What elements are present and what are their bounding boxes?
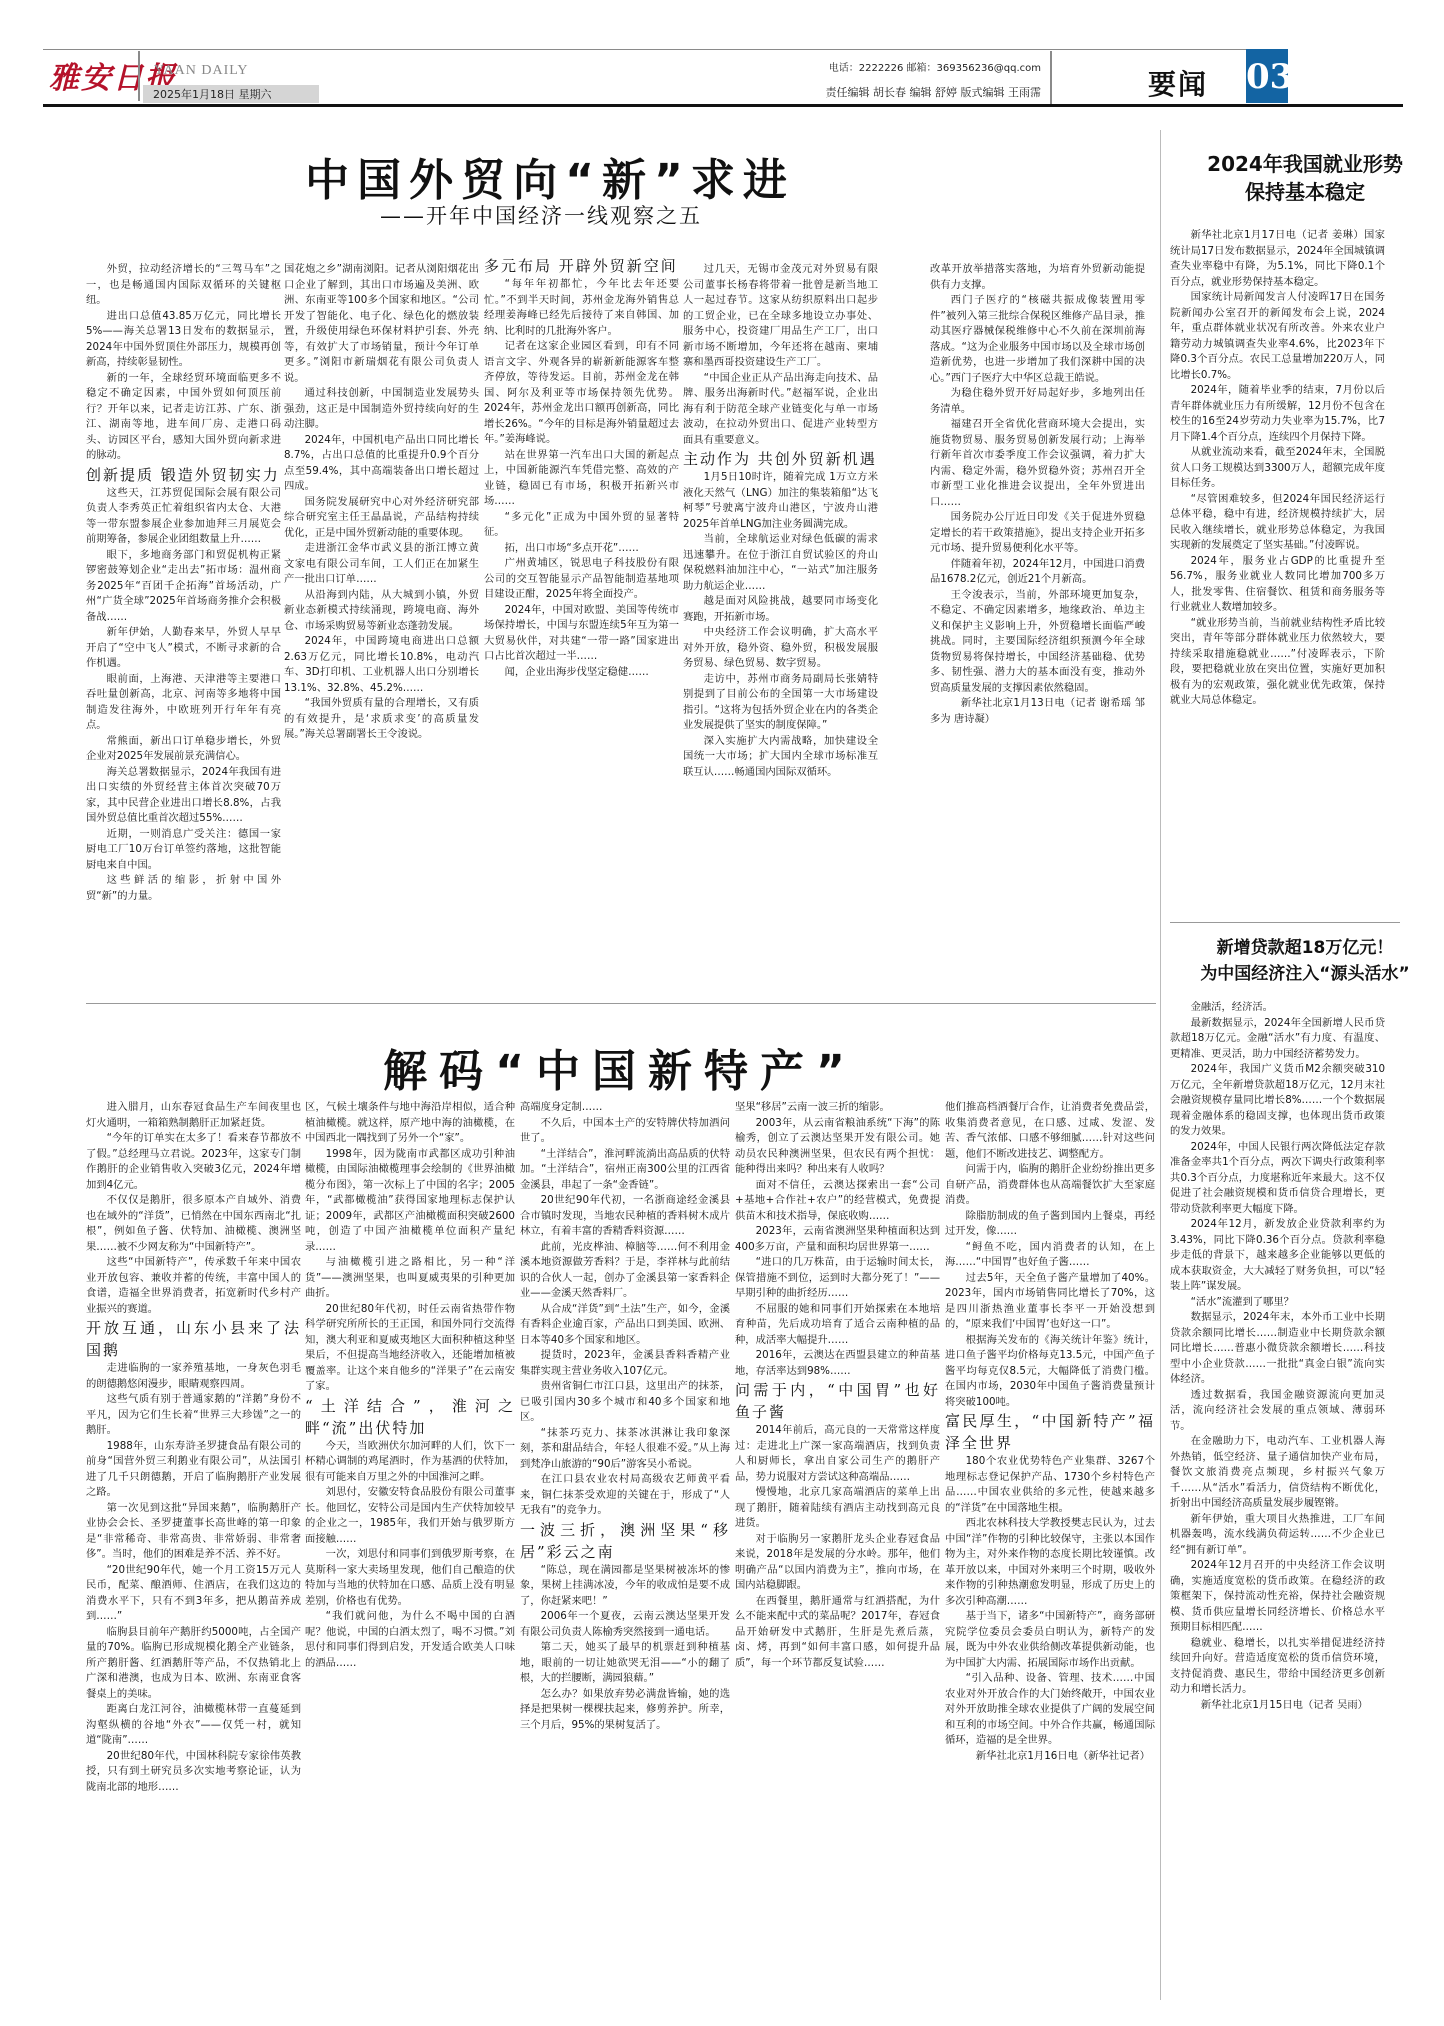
masthead-top-rule — [43, 49, 1268, 50]
dateline: 新华社北京1月15日电（记者 吴雨） — [1170, 1698, 1385, 1714]
paragraph: 在江口县农业农村局高级农艺师黄平看来，铜仁抹茶受欢迎的关键在于，形成了“人无我有… — [520, 1472, 730, 1519]
paragraph: 不屈服的她和同事们开始探索在本地培育种苗，先后成功培育了适合云南种植的品种，成活… — [735, 1302, 940, 1349]
section-title: 要闻 — [1148, 63, 1208, 103]
paragraph: 从合成“洋货”到“土法”生产，如今，金溪有香料企业逾百家，产品出口到美国、欧洲、… — [520, 1302, 730, 1349]
paragraph: 此前，光皮桦油、樟脑等……何不利用金溪本地资源做芳香料？于是，李祥林与此前结识的… — [520, 1240, 730, 1302]
paragraph: 贵州省铜仁市江口县，这里出产的抹茶，已吸引国内30多个城市和40多个国家和地区。 — [520, 1379, 730, 1426]
paragraph: 2024年12月召开的中央经济工作会议明确，实施适度宽松的货币政策。在稳经济的政… — [1170, 1558, 1385, 1636]
paragraph: 走进浙江金华市武义县的浙江博立黄文家电有限公司车间，工人们正在加紧生产一批出口订… — [284, 541, 479, 588]
paragraph: 除脂肪制成的鱼子酱到国内上餐桌，再经过开发，像…… — [945, 1209, 1155, 1240]
paragraph: 海关总署数据显示，2024年我国有进出口实绩的外贸经营主体首次突破70万家，其中… — [86, 765, 281, 827]
paragraph: “中国企业正从产品出海走向技术、品牌、服务出海新时代。”赵福军说，企业出海有利于… — [683, 371, 878, 449]
paragraph: “尽管困难较多，但2024年国民经济运行总体平稳，稳中有进，经济规模持续扩大，居… — [1170, 492, 1385, 554]
paragraph: 从就业流动来看，截至2024年末，全国脱贫人口务工规模达到3300万人，超额完成… — [1170, 445, 1385, 492]
paragraph: 中央经济工作会议明确，扩大高水平对外开放，稳外资、稳外贸，积极发展服务贸易、绿色… — [683, 625, 878, 672]
paragraph: 20世纪80年代初，时任云南省热带作物科学研究所所长的王正国，和国外同行交流得知… — [305, 1302, 515, 1395]
paragraph: 提货时，2023年，金溪县香料香精产业集群实现主营业务收入107亿元。 — [520, 1348, 730, 1379]
paragraph: 一次，刘思付和同事们到俄罗斯考察，在莫斯科一家大卖场里发现，他们自己酿造的伏特加… — [305, 1547, 515, 1609]
paragraph: 西门子医疗的“核磁共振成像装置用零件”被列入第三批综合保税区维修产品目录，推动其… — [930, 293, 1145, 386]
article2-column-5: 他们推高档酒餐厅合作，让消费者免费品尝，收集消费者意见，在口感、过咸、发涩、发苦… — [945, 1100, 1155, 2010]
paragraph: 基于当下，诸多“中国新特产”，商务部研究院学位委员会委员白明认为，新特产的发展，… — [945, 1609, 1155, 1671]
paragraph: 西北农林科技大学教授樊志民认为，过去中国“洋”作物的引种比较保守，主张以本国作物… — [945, 1516, 1155, 1609]
issue-date: 2025年1月18日 星期六 — [153, 86, 272, 102]
article1-column-4: 过几天，无锡市金茂元对外贸易有限公司董事长杨春将带着一批曾是新当地工人一起过春节… — [683, 262, 878, 997]
article2-headline: 解码“中国新特产” — [320, 1035, 920, 1099]
paragraph: 走访中，苏州市商务局副局长张婧特别提到了目前公布的全国第一大市场建设指引。“这将… — [683, 672, 878, 734]
article-divider — [86, 1003, 1156, 1004]
paragraph: “每年年初都忙，今年比去年还要忙。”不到半天时间，苏州金龙海外销售总经理姜海峰已… — [484, 277, 679, 339]
paragraph: 第二天，她买了最早的机票赶到种植基地，眼前的一切让她欲哭无泪——“小的翻了根，大… — [520, 1640, 730, 1687]
section-subtitle: “土洋结合”，淮河之畔“流”出伏特加 — [305, 1395, 515, 1439]
paragraph: 2024年12月，新发放企业贷款利率约为3.43%，同比下降0.36个百分点。贷… — [1170, 1217, 1385, 1295]
paragraph: “进口的几万株苗，由于运输时间太长，保管措施不到位，运到时大都分死了！”——早期… — [735, 1255, 940, 1302]
paragraph: 1月5日10时许，随着完成 1万立方米液化天然气（LNG）加注的集装箱船“达飞柯… — [683, 470, 878, 532]
paragraph: 2024年，我国广义货币M2余额突破310万亿元，全年新增贷款超18万亿元，12… — [1170, 1062, 1385, 1140]
paragraph: 第一次见到这批“异国来鹅”，临朐鹅肝产业协会会长、圣罗捷董事长高世峰的第一印象是… — [86, 1501, 301, 1563]
paragraph: 20世纪90年代初，一名浙商途经金溪县合市镇时发现，当地农民种植的香料树木成片林… — [520, 1193, 730, 1240]
paragraph: “引入品种、设备、管理、技术……中国农业对外开放合作的大门始终敞开，中国农业对外… — [945, 1671, 1155, 1749]
paragraph: 近期，一则消息广受关注：德国一家厨电工厂10万台订单签约落地，这批智能厨电来自中… — [86, 827, 281, 874]
page-number-badge: 03 — [1246, 49, 1288, 103]
dateline: 新华社北京1月16日电（新华社记者） — [945, 1749, 1155, 1765]
paragraph: “我们就问他，为什么不喝中国的白酒呢？他说，中国的白酒太烈了，喝不习惯。”刘思付… — [305, 1609, 515, 1671]
paragraph: 改革开放举措落实落地，为培育外贸新动能提供有力支撑。 — [930, 262, 1145, 293]
article2-column-4: 坚果“移居”云南一波三折的缩影。 2003年，从云南省粮油系统“下海”的陈榆秀，… — [735, 1100, 940, 2010]
paragraph: “土洋结合”，淮河畔流淌出高品质的伏特加。“土洋结合”，宿州正南300公里的江西… — [520, 1147, 730, 1194]
paragraph: 为稳住稳外贸开好局起好步，多地列出任务清单。 — [930, 386, 1145, 417]
paragraph: 国家统计局新闻发言人付凌晖17日在国务院新闻办公室召开的新闻发布会上说，2024… — [1170, 290, 1385, 383]
section-subtitle: 创新提质 锻造外贸韧实力 — [86, 464, 281, 486]
paragraph: 眼前面，上海港、天津港等主要港口吞吐量创新高，北京、河南等多地将中国制造发往海外… — [86, 672, 281, 734]
paragraph: 国务院办公厅近日印发《关于促进外贸稳定增长的若干政策措施》，提出支持企业开拓多元… — [930, 510, 1145, 557]
paragraph: 坚果“移居”云南一波三折的缩影。 — [735, 1100, 940, 1116]
paragraph: 高端度身定制…… — [520, 1100, 730, 1116]
paragraph: 怎么办？如果放弃势必满盘皆输，她的选择是把果树一棵棵扶起来，修剪养护。所幸，三个… — [520, 1687, 730, 1734]
paragraph: 这些天，江苏贸促国际会展有限公司负责人李秀英正忙着组织省内太仓、大港等一带东盟参… — [86, 486, 281, 548]
paragraph: 2024年，中国机电产品出口同比增长8.7%，占出口总值的比重提升0.9个百分点… — [284, 433, 479, 495]
section-subtitle: 多元布局 开辟外贸新空间 — [484, 255, 679, 277]
article1-subhead: ——开年中国经济一线观察之五 — [380, 200, 880, 230]
paragraph: 这些气质有别于普通家鹅的“洋鹅”身份不平凡，因为它们生长着“世界三大珍馐”之一的… — [86, 1392, 301, 1439]
sidebar-divider — [1160, 130, 1161, 2000]
paragraph: “就业形势当前，当前就业结构性矛盾比较突出，青年等部分群体就业压力依然较大，要持… — [1170, 616, 1385, 709]
paragraph: 新的一年，全球经贸环境面临更多不稳定不确定因素，中国外贸如何顶压前行？开年以来，… — [86, 371, 281, 464]
paragraph: 2024年，中国对欧盟、美国等传统市场保持增长，中国与东盟连续5年互为第一大贸易… — [484, 603, 679, 665]
article1-column-3: 多元布局 开辟外贸新空间 “每年年初都忙，今年比去年还要忙。”不到半天时间，苏州… — [484, 255, 679, 997]
paragraph: 不仅仅是鹅肝，很多原本产自域外、消费也在域外的“洋货”，已悄然在中国东西南北“扎… — [86, 1193, 301, 1255]
paragraph: 通过科技创新，中国制造业发展势头强劲，这正是中国制造外贸持续向好的生动注脚。 — [284, 386, 479, 433]
paragraph: 刘思付，安徽安特食品股份有限公司董事长。他回忆，安特公司是国内生产伏特加较早的企… — [305, 1485, 515, 1547]
editors-credit: 责任编辑 胡长春 编辑 舒婷 版式编辑 王雨霈 — [751, 84, 1041, 100]
paragraph: “抹茶巧克力、抹茶冰淇淋让我印象深刻，茶和甜品结合，年轻人很难不爱。”从上海到梵… — [520, 1426, 730, 1473]
paragraph: 临朐县目前年产鹅肝约5000吨，占全国产量的70%。临朐已形成规模化鹅全产业链条… — [86, 1625, 301, 1703]
section-subtitle: 主动作为 共创外贸新机遇 — [683, 448, 878, 470]
paragraph: 新华社北京1月17日电（记者 姜琳）国家统计局17日发布数据显示，2024年全国… — [1170, 228, 1385, 290]
masthead-divider — [1050, 51, 1052, 107]
sidebar1-headline: 2024年我国就业形势 保持基本稳定 — [1170, 150, 1440, 206]
paragraph: 区，气候土壤条件与地中海沿岸相似，适合种植油橄榄。就这样，原产地中海的油橄榄，在… — [305, 1100, 515, 1147]
sidebar2-body: 金融活，经济活。 最新数据显示，2024年全国新增人民币贷款超18万亿元。金融“… — [1170, 1000, 1385, 2000]
paragraph: 根据海关发布的《海关统计年鉴》统计，进口鱼子酱平均价格每克13.5元，中国产鱼子… — [945, 1333, 1155, 1411]
masthead: 雅安日报 YAAN DAILY 2025年1月18日 星期六 电话：222222… — [43, 49, 1403, 117]
paragraph: “活水”流灌到了哪里？ — [1170, 1295, 1385, 1311]
dateline: 新华社北京1月13日电（记者 谢希瑶 邹多为 唐诗凝） — [930, 696, 1145, 727]
sidebar1-body: 新华社北京1月17日电（记者 姜琳）国家统计局17日发布数据显示，2024年全国… — [1170, 228, 1385, 918]
section-subtitle: 富民厚生，“中国新特产”福泽全世界 — [945, 1410, 1155, 1454]
paragraph: 2014年前后，高元良的一天常常这样度过：走进北上广深一家高端酒店，找到负责人和… — [735, 1423, 940, 1485]
paragraph: 2024年，中国跨境电商进出口总额2.63万亿元，同比增长10.8%，电动汽车、… — [284, 634, 479, 696]
paragraph: 面对不信任，云澳达探索出一套“公司+基地+合作社+农户”的经营模式，免费提供苗木… — [735, 1178, 940, 1225]
english-name: YAAN DAILY — [154, 63, 249, 79]
paragraph: “鲟鱼不吃，国内消费者的认知，在上海……“中国胃”也好鱼子酱…… — [945, 1240, 1155, 1271]
sidebar-divider-horizontal — [1170, 922, 1400, 923]
paragraph: 这些“中国新特产”，传承数千年来中国农业开放包容、兼收并蓄的传统，丰富中国人的食… — [86, 1255, 301, 1317]
sidebar2-headline: 新增贷款超18万亿元！ 为中国经济注入“源头活水” — [1170, 935, 1440, 987]
paragraph: 拓，出口市场“多点开花”…… — [484, 541, 679, 557]
paragraph: 问需于内，临朐的鹅肝企业纷纷推出更多自研产品，消费群体也从高端餐饮扩大至家庭消费… — [945, 1162, 1155, 1209]
paragraph: 深入实施扩大内需战略，加快建设全国统一大市场；扩大国内全球市场标准互联互认……畅… — [683, 734, 878, 781]
paragraph: 20世纪80年代，中国林科院专家徐伟英教授，只有到土研究员多次实地考察论证，认为… — [86, 1749, 301, 1796]
paragraph: 这些鲜活的缩影，折射中国外贸“新”的力量。 — [86, 873, 281, 904]
article2-column-1: 进入腊月，山东春冠食品生产车间夜里也灯火通明，一箱箱熟制鹅肝正加紧赶货。 “今年… — [86, 1100, 301, 2010]
paragraph: 王令浚表示，当前，外部环境更加复杂，不稳定、不确定因素增多，地缘政治、单边主义和… — [930, 588, 1145, 697]
paragraph: “陈总，现在满园都是坚果树被冻坏的惨象，果树上挂满冰凌，今年的收成怕是要不成了，… — [520, 1563, 730, 1610]
logo-divider — [138, 51, 140, 101]
paragraph: 2024年，随着毕业季的结束，7月份以后青年群体就业压力有所缓解，12月份不包含… — [1170, 383, 1385, 445]
paragraph: 过去5年，天全鱼子酱产量增加了40%。2023年，国内市场销售同比增长了70%，… — [945, 1271, 1155, 1333]
paragraph: 走进临朐的一家养殖基地，一身灰色羽毛的朗德鹅悠闲漫步，眼睛观察四周。 — [86, 1361, 301, 1392]
paragraph: 距离白龙江河谷，油橄榄林带一直蔓延到沟壑纵横的谷地“外衣”——仅凭一村，就知道“… — [86, 1702, 301, 1749]
section-subtitle: 问需于内，“中国胃”也好鱼子酱 — [735, 1379, 940, 1423]
paragraph: 记者在这家企业园区看到，印有不同语言文字、外观各异的崭新新能源客车整齐停放，等待… — [484, 339, 679, 448]
paragraph: 当前，全球航运业对绿色低碳的需求迅速攀升。在位于浙江自贸试验区的舟山保税燃料油加… — [683, 532, 878, 594]
paragraph: 2006年一个夏夜，云南云澳达坚果开发有限公司负责人陈榆秀突然接到一通电话。 — [520, 1609, 730, 1640]
paragraph: 外贸，拉动经济增长的“三驾马车”之一，也是畅通国内国际双循环的关键枢纽。 — [86, 262, 281, 309]
paragraph: 新年伊始，重大项目火热推进，工厂车间机器轰鸣，流水线满负荷运转……不少企业已经“… — [1170, 1512, 1385, 1559]
paragraph: 稳就业、稳增长，以扎实举措促进经济持续回升向好。营造适度宽松的货币信贷环境，支持… — [1170, 1636, 1385, 1698]
paragraph: 180个农业优势特色产业集群、3267个地理标志登记保护产品、1730个乡村特色… — [945, 1454, 1155, 1516]
paragraph: 伴随着年初，2024年12月，中国进口消费品1678.2亿元，创近21个月新高。 — [930, 557, 1145, 588]
article1-column-5: 改革开放举措落实落地，为培育外贸新动能提供有力支撑。 西门子医疗的“核磁共振成像… — [930, 262, 1145, 992]
contact-info: 电话：2222226 邮箱：369356236@qq.com — [811, 59, 1041, 74]
paragraph: 最新数据显示，2024年全国新增人民币贷款超18万亿元。金融“活水”有力度、有温… — [1170, 1016, 1385, 1063]
paragraph: “我国外贸质有量的合理增长，又有质的有效提升，是‘求质求变’的高质量发展。”海关… — [284, 696, 479, 743]
article1-column-2: 国花炮之乡”湖南浏阳。记者从浏阳烟花出口企业了解到，其出口市场遍及美洲、欧洲、东… — [284, 262, 479, 997]
paragraph: “20世纪90年代，她一个月工资15万元人民币，配菜、酿酒师、住酒店，在我们这边… — [86, 1563, 301, 1625]
paragraph: 不久后，中国本土产的安特牌伏特加酒问世了。 — [520, 1116, 730, 1147]
paragraph: 1988年，山东寿浒圣罗捷食品有限公司的前身“国营外贸三利鹅业有限公司”，从法国… — [86, 1439, 301, 1501]
paragraph: 2003年，从云南省粮油系统“下海”的陈榆秀，创立了云澳达坚果开发有限公司。她动… — [735, 1116, 940, 1178]
paragraph: 2023年，云南省澳洲坚果种植面积达到400多万亩，产量和面积均居世界第一…… — [735, 1224, 940, 1255]
paragraph: 1998年，因为陇南市武都区成功引种油橄榄，由国际油橄榄理事会绘制的《世界油橄榄… — [305, 1147, 515, 1256]
masthead-bottom-rule — [43, 104, 1403, 107]
paragraph: 在金融助力下，电动汽车、工业机器人海外热销，低空经济、量子通信加快产业布局，餐饮… — [1170, 1434, 1385, 1512]
paragraph: 眼下，多地商务部门和贸促机构正紧锣密鼓筹划企业“走出去”拓市场：温州商务2025… — [86, 548, 281, 626]
paragraph: 2024年，服务业占GDP的比重提升至56.7%，服务业就业人数同比增加700多… — [1170, 554, 1385, 616]
paragraph: 闻，企业出海步伐坚定稳健…… — [484, 665, 679, 681]
article1-headline: 中国外贸向“新”求进 — [220, 144, 880, 208]
article2-column-3: 高端度身定制…… 不久后，中国本土产的安特牌伏特加酒问世了。 “土洋结合”，淮河… — [520, 1100, 730, 2010]
paragraph: 国花炮之乡”湖南浏阳。记者从浏阳烟花出口企业了解到，其出口市场遍及美洲、欧洲、东… — [284, 262, 479, 386]
paragraph: 越是面对风险挑战，越要同市场变化赛跑，开拓新市场。 — [683, 594, 878, 625]
paragraph: 2024年，中国人民银行两次降低法定存款准备金率共1个百分点，两次下调央行政策利… — [1170, 1140, 1385, 1218]
article1-column-1: 外贸，拉动经济增长的“三驾马车”之一，也是畅通国内国际双循环的关键枢纽。 进出口… — [86, 262, 281, 997]
paragraph: “多元化”正成为中国外贸的显著特征。 — [484, 510, 679, 541]
paragraph: 广州黄埔区，锐思电子科技股份有限公司的交互智能显示产品智能制造基地项目建设正酣，… — [484, 556, 679, 603]
paragraph: 进入腊月，山东春冠食品生产车间夜里也灯火通明，一箱箱熟制鹅肝正加紧赶货。 — [86, 1100, 301, 1131]
paragraph: 站在世界第一汽车出口大国的新起点上，中国新能源汽车凭借完整、高效的产业链，稳固已… — [484, 448, 679, 510]
paragraph: 今天，当欧洲伏尔加河畔的人们，饮下一杯精心调制的鸡尾酒时，作为基酒的伏特加，很有… — [305, 1439, 515, 1486]
paragraph: 慢慢地，北京几家高端酒店的菜单上出现了鹅肝，随着陆续有酒店主动找到高元良进货。 — [735, 1485, 940, 1532]
paragraph: 常熊面，新出口订单稳步增长，外贸企业对2025年发展前景充满信心。 — [86, 734, 281, 765]
section-subtitle: 开放互通，山东小县来了法国鹅 — [86, 1317, 301, 1361]
paragraph: 国务院发展研究中心对外经济研究部综合研究室主任王晶晶说，产品结构持续优化，正是中… — [284, 495, 479, 542]
paragraph: 与油橄榄引进之路相比，另一种“洋货”——澳洲坚果，也叫夏威夷果的引种更加曲折。 — [305, 1255, 515, 1302]
paragraph: 2016年，云澳达在西盟县建立的种苗基地，存活率达到98%…… — [735, 1348, 940, 1379]
paragraph: 进出口总值43.85万亿元，同比增长5%——海关总署13日发布的数据显示，202… — [86, 309, 281, 371]
paragraph: 新年伊始，人勤春来早，外贸人早早开启了“空中飞人”模式，不断寻求新的合作机遇。 — [86, 625, 281, 672]
paragraph: 透过数据看，我国金融资源流向更加灵活，流向经济社会发展的重点领域、薄弱环节。 — [1170, 1388, 1385, 1435]
paragraph: 他们推高档酒餐厅合作，让消费者免费品尝，收集消费者意见，在口感、过咸、发涩、发苦… — [945, 1100, 1155, 1162]
paragraph: “今年的订单实在太多了！看来春节都放不了假。”总经理马立君说。2023年，这家专… — [86, 1131, 301, 1193]
paragraph: 过几天，无锡市金茂元对外贸易有限公司董事长杨春将带着一批曾是新当地工人一起过春节… — [683, 262, 878, 371]
article2-column-2: 区，气候土壤条件与地中海沿岸相似，适合种植油橄榄。就这样，原产地中海的油橄榄，在… — [305, 1100, 515, 2010]
paragraph: 数据显示，2024年末，本外币工业中长期贷款余额同比增长……制造业中长期贷款余额… — [1170, 1310, 1385, 1388]
paragraph: 对于临朐另一家鹅肝龙头企业春冠食品来说，2018年是发展的分水岭。那年，他们明确… — [735, 1532, 940, 1594]
paragraph: 金融活，经济活。 — [1170, 1000, 1385, 1016]
paragraph: 在西餐里，鹅肝通常与红酒搭配，为什么不能来配中式的菜品呢？2017年，春冠食品开… — [735, 1594, 940, 1672]
paragraph: 从沿海到内陆，从大城到小镇，外贸新业态新模式持续涌现，跨境电商、海外仓、市场采购… — [284, 588, 479, 635]
section-subtitle: 一波三折，澳洲坚果“移居”彩云之南 — [520, 1519, 730, 1563]
paragraph: 福建召开全省优化营商环境大会提出，实施货物贸易、服务贸易创新发展行动；上海举行新… — [930, 417, 1145, 510]
